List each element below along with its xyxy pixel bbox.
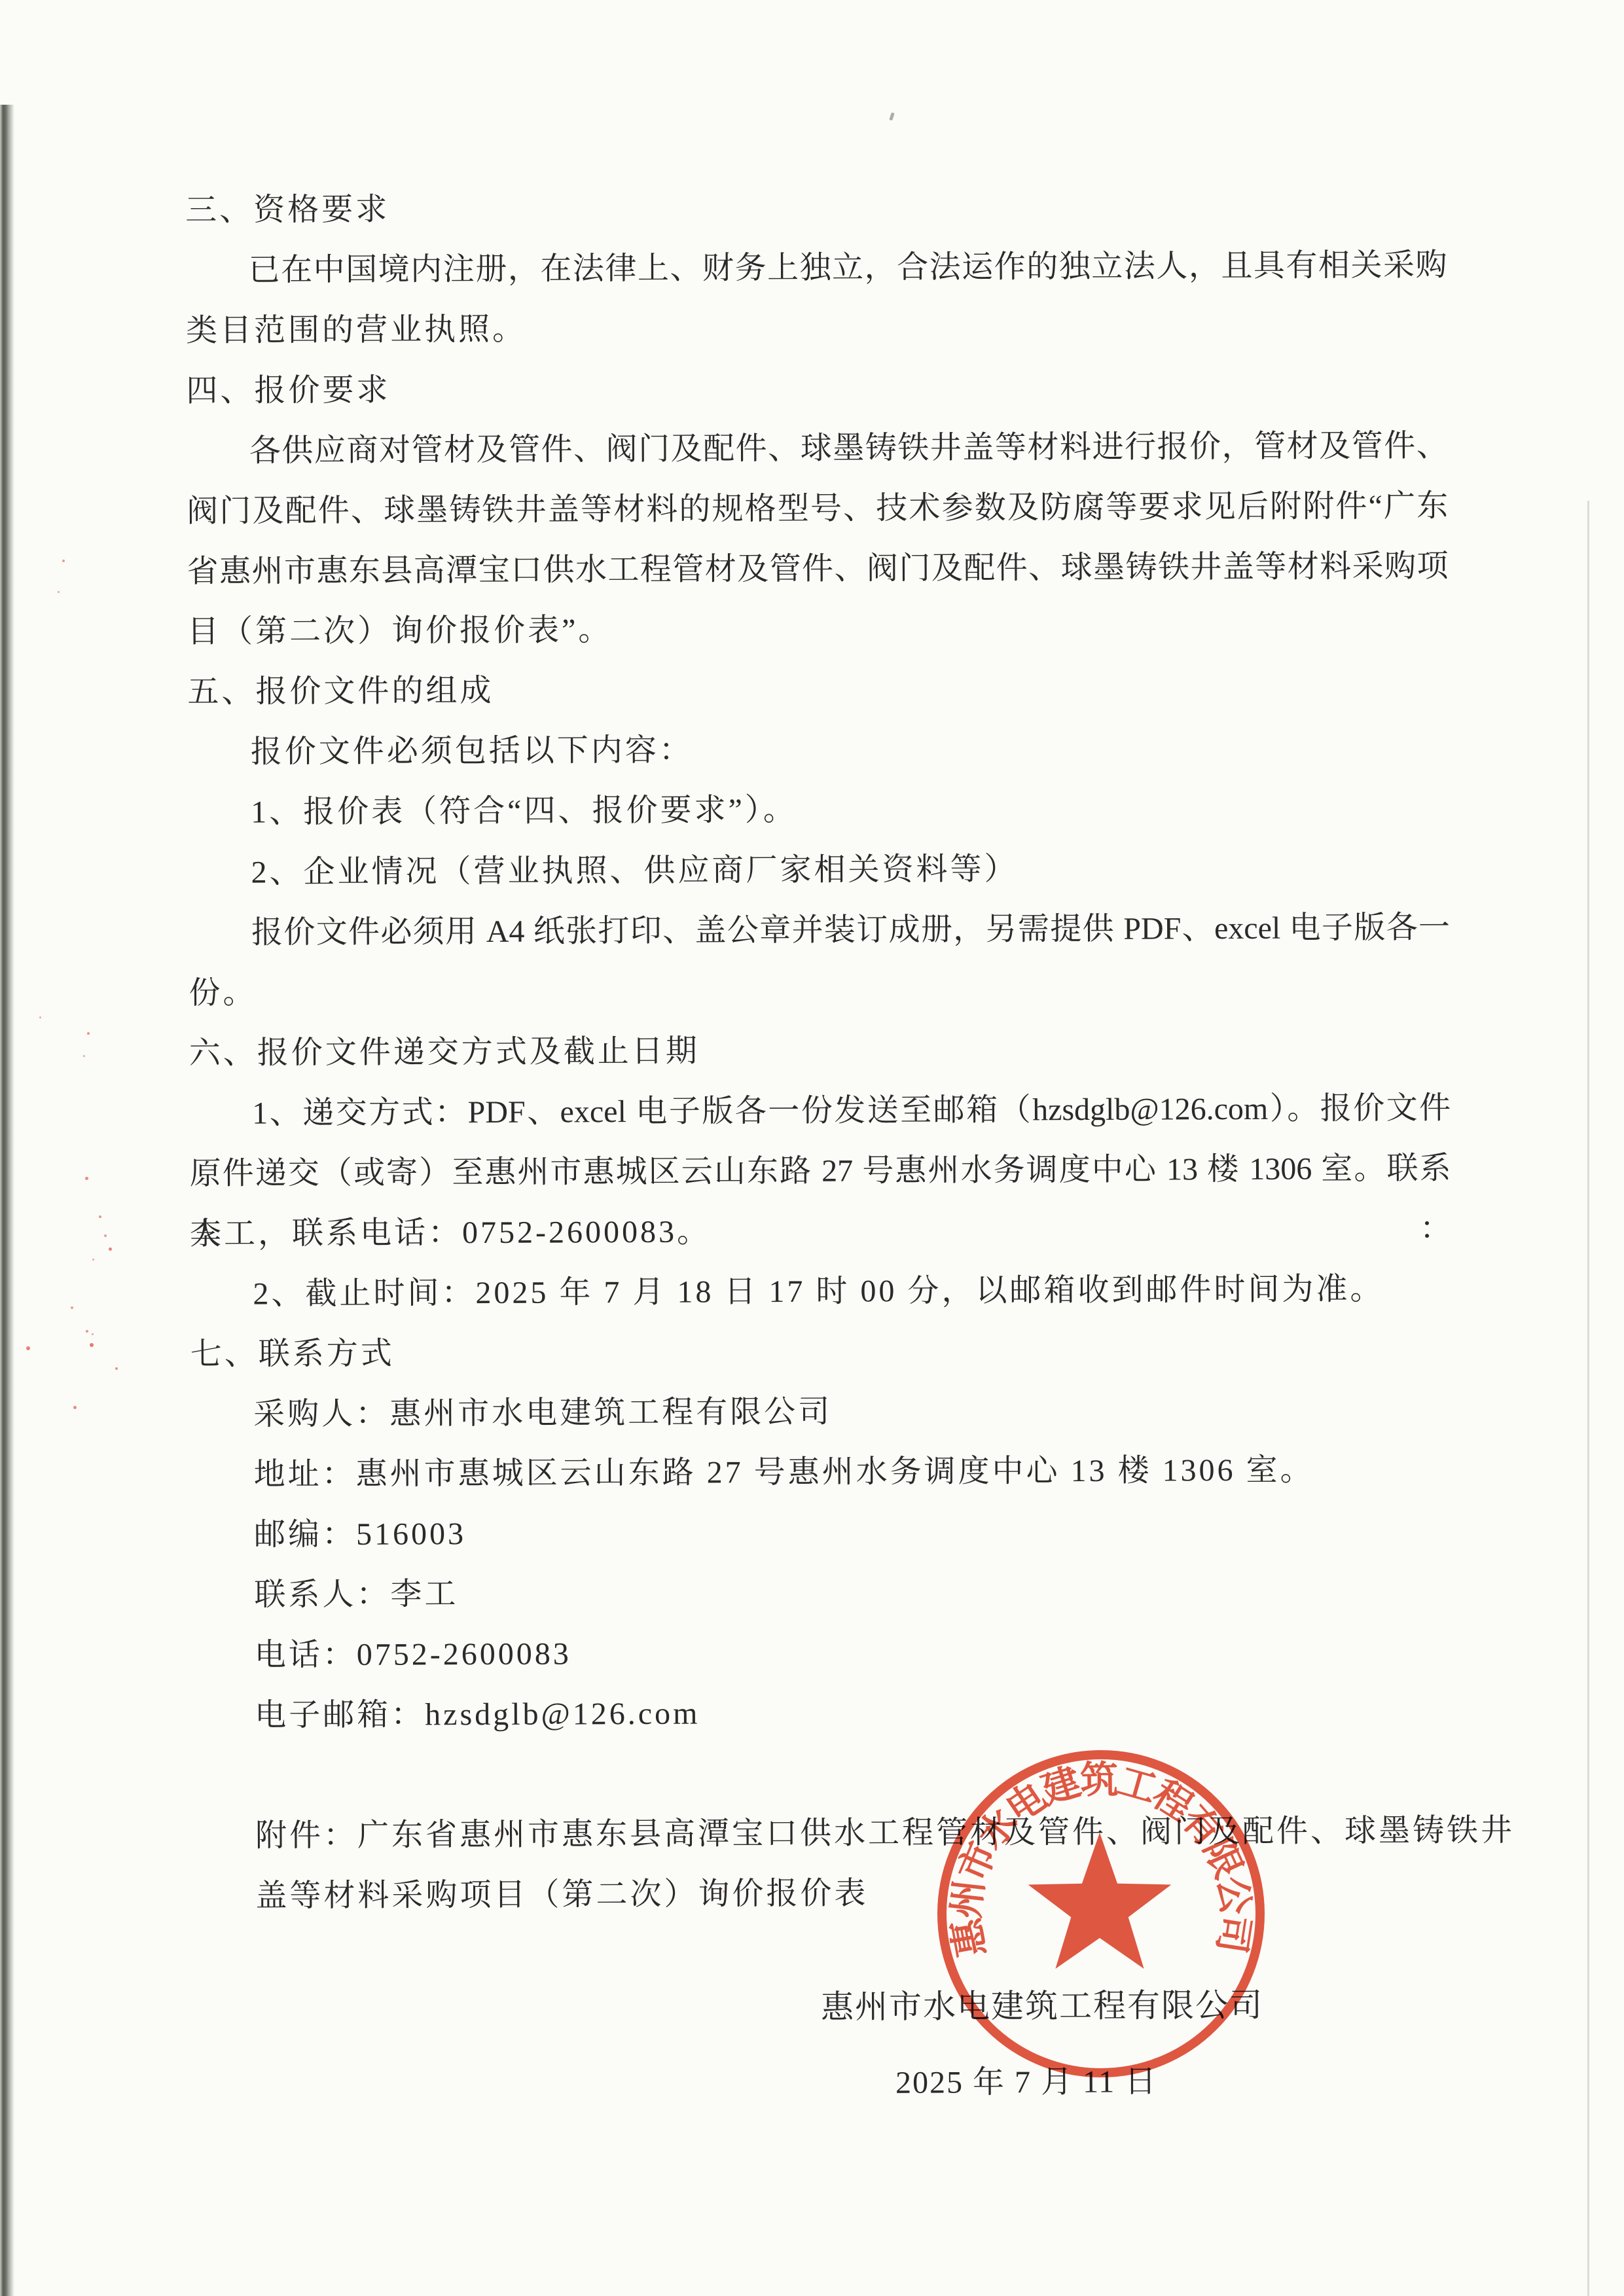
document-line: 目（第二次）询价报价表”。 bbox=[187, 597, 1449, 662]
document-line: 五、报价文件的组成 bbox=[187, 657, 1449, 723]
document-line: 原件递交（或寄）至惠州市惠城区云山东路 27 号惠州水务调度中心 13 楼 13… bbox=[189, 1139, 1451, 1204]
company-seal-stamp: 惠州市水电建筑工程有限公司 bbox=[932, 1745, 1270, 2083]
document-line: 四、报价要求 bbox=[186, 356, 1447, 422]
document-line: 2、企业情况（营业执照、供应商厂家相关资料等） bbox=[188, 838, 1449, 903]
seal-star-icon bbox=[1028, 1833, 1172, 1969]
document-line: 类目范围的营业执照。 bbox=[186, 296, 1447, 361]
document-body: 三、资格要求已在中国境内注册，在法律上、财务上独立，合法运作的独立法人，且具有相… bbox=[185, 175, 1454, 1927]
scanned-document-page: 三、资格要求已在中国境内注册，在法律上、财务上独立，合法运作的独立法人，且具有相… bbox=[0, 0, 1624, 2296]
document-line: 邮编：516003 bbox=[191, 1500, 1453, 1566]
document-line: 联系人：李工 bbox=[191, 1560, 1453, 1626]
document-line: 七、联系方式 bbox=[190, 1319, 1452, 1385]
document-line: 已在中国境内注册，在法律上、财务上独立，合法运作的独立法人，且具有相关采购 bbox=[185, 236, 1447, 301]
document-line: 三、资格要求 bbox=[185, 175, 1447, 241]
scan-edge-artifact-left bbox=[0, 105, 14, 2296]
document-line: 各供应商对管材及管件、阀门及配件、球墨铸铁井盖等材料进行报价，管材及管件、 bbox=[187, 416, 1448, 482]
document-line: 六、报价文件递交方式及截止日期 bbox=[189, 1018, 1451, 1084]
document-line: 2、截止时间：2025 年 7 月 18 日 17 时 00 分，以邮箱收到邮件… bbox=[190, 1259, 1451, 1325]
document-line: 1、递交方式：PDF、excel 电子版各一份发送至邮箱（hzsdglb@126… bbox=[189, 1079, 1451, 1144]
document-line: 地址：惠州市惠城区云山东路 27 号惠州水务调度中心 13 楼 1306 室。 bbox=[190, 1440, 1452, 1505]
document-line: 报价文件必须包括以下内容： bbox=[188, 717, 1449, 783]
document-line: 电子邮箱：hzsdglb@126.com bbox=[192, 1681, 1453, 1746]
document-line: 份。 bbox=[189, 958, 1450, 1024]
document-line: 1、报价表（符合“四、报价要求”）。 bbox=[188, 778, 1449, 843]
scan-edge-artifact-right bbox=[1587, 501, 1589, 2296]
document-line: 电话：0752-2600083 bbox=[192, 1621, 1453, 1686]
scan-speck bbox=[889, 113, 894, 121]
document-line: 采购人：惠州市水电建筑工程有限公司 bbox=[190, 1380, 1452, 1445]
document-line: 省惠州市惠东县高潭宝口供水工程管材及管件、阀门及配件、球墨铸铁井盖等材料采购项 bbox=[187, 537, 1448, 602]
document-line: 阀门及配件、球墨铸铁井盖等材料的规格型号、技术参数及防腐等要求见后附附件“广东 bbox=[187, 476, 1448, 542]
document-line: 报价文件必须用 A4 纸张打印、盖公章并装订成册，另需提供 PDF、excel … bbox=[189, 898, 1450, 963]
